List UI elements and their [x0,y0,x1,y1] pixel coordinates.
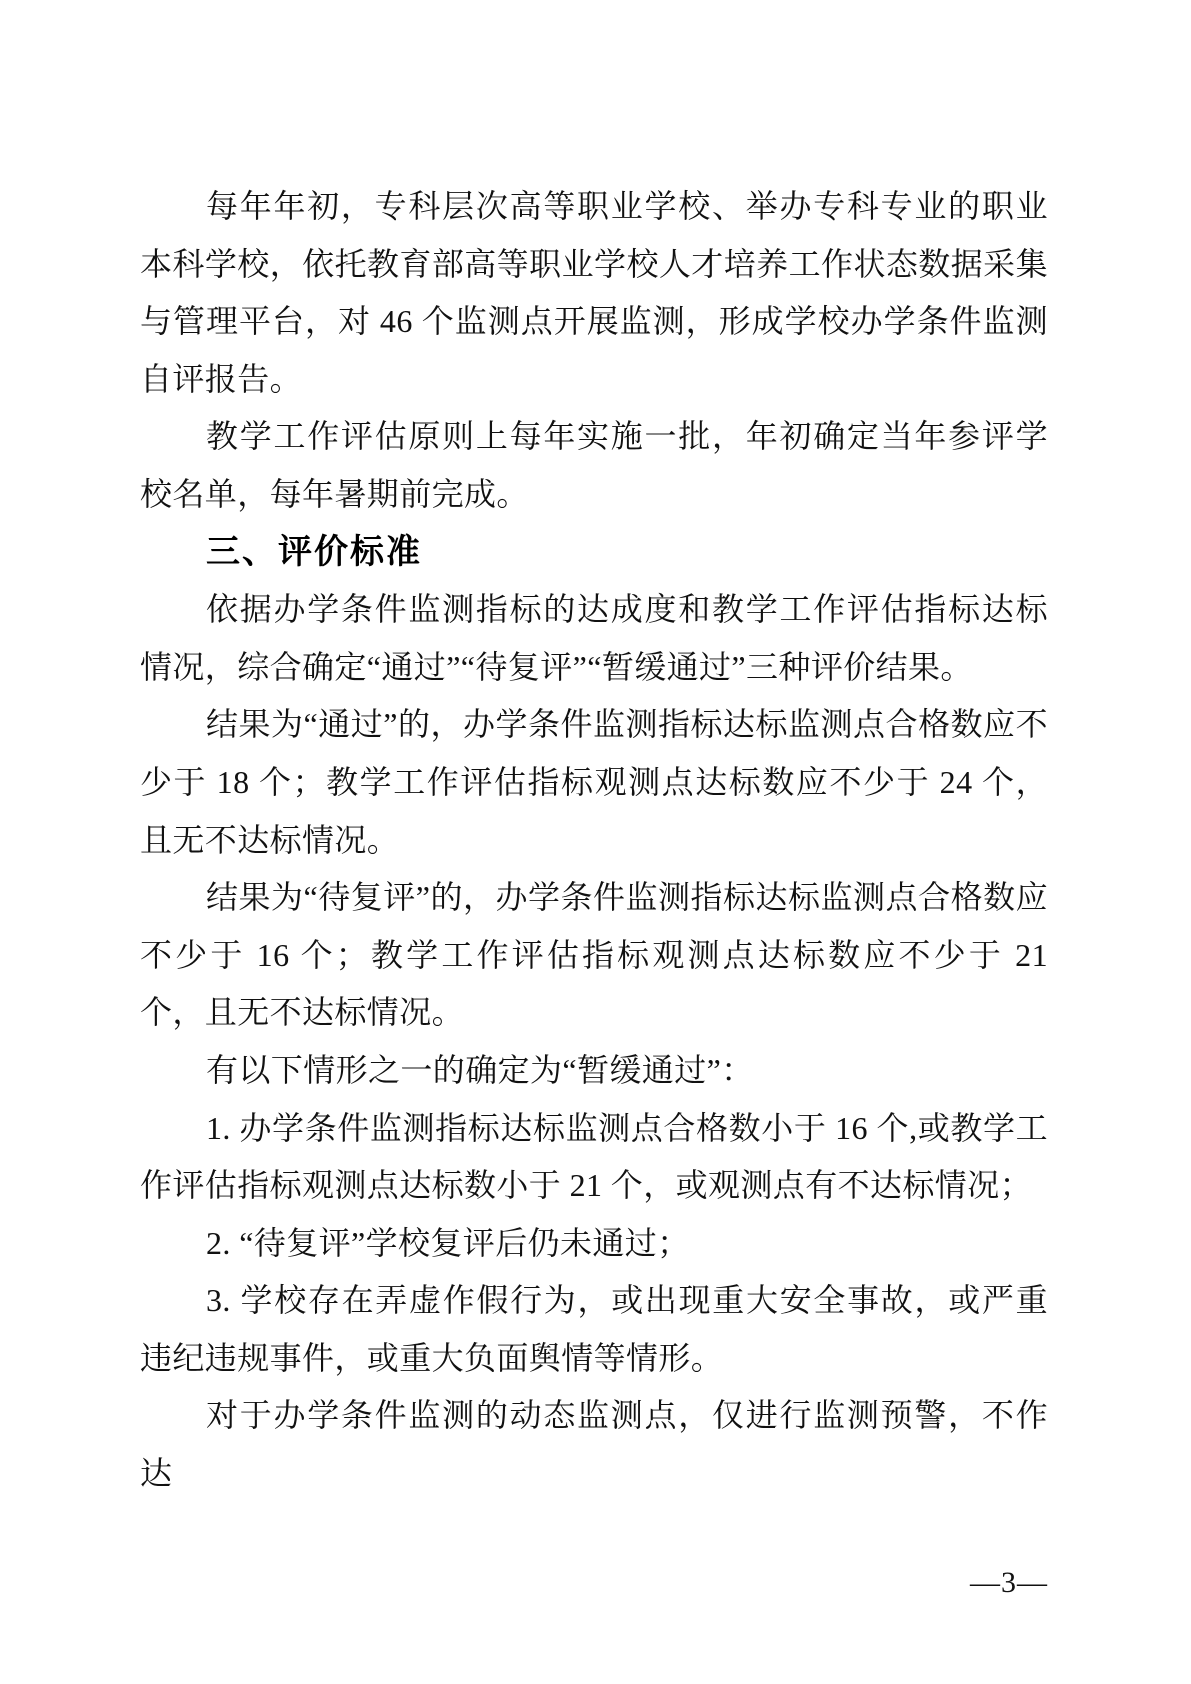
document-body: 每年年初，专科层次高等职业学校、举办专科专业的职业本科学校，依托教育部高等职业学… [140,178,1048,1503]
paragraph-evaluation-schedule: 教学工作评估原则上每年实施一批，年初确定当年参评学校名单，每年暑期前完成。 [140,408,1048,523]
paragraph-three-result-types: 依据办学条件监测指标的达成度和教学工作评估指标达标情况，综合确定“通过”“待复评… [140,581,1048,696]
document-page: 每年年初，专科层次高等职业学校、举办专科专业的职业本科学校，依托教育部高等职业学… [0,0,1191,1684]
page-footer: —3— [970,1566,1048,1600]
paragraph-suspend-intro: 有以下情形之一的确定为“暂缓通过”： [140,1042,1048,1100]
section-heading-evaluation-criteria: 三、评价标准 [140,524,1048,582]
paragraph-dynamic-monitoring: 对于办学条件监测的动态监测点，仅进行监测预警，不作达 [140,1387,1048,1502]
paragraph-pass-criteria: 结果为“通过”的，办学条件监测指标达标监测点合格数应不少于 18 个；教学工作评… [140,696,1048,869]
page-number: —3— [970,1566,1048,1599]
paragraph-suspend-item-2: 2. “待复评”学校复评后仍未通过； [140,1215,1048,1273]
paragraph-annual-monitoring: 每年年初，专科层次高等职业学校、举办专科专业的职业本科学校，依托教育部高等职业学… [140,178,1048,408]
paragraph-suspend-item-1: 1. 办学条件监测指标达标监测点合格数小于 16 个,或教学工作评估指标观测点达… [140,1100,1048,1215]
paragraph-reevaluation-criteria: 结果为“待复评”的，办学条件监测指标达标监测点合格数应不少于 16 个；教学工作… [140,869,1048,1042]
paragraph-suspend-item-3: 3. 学校存在弄虚作假行为，或出现重大安全事故，或严重违纪违规事件，或重大负面舆… [140,1272,1048,1387]
